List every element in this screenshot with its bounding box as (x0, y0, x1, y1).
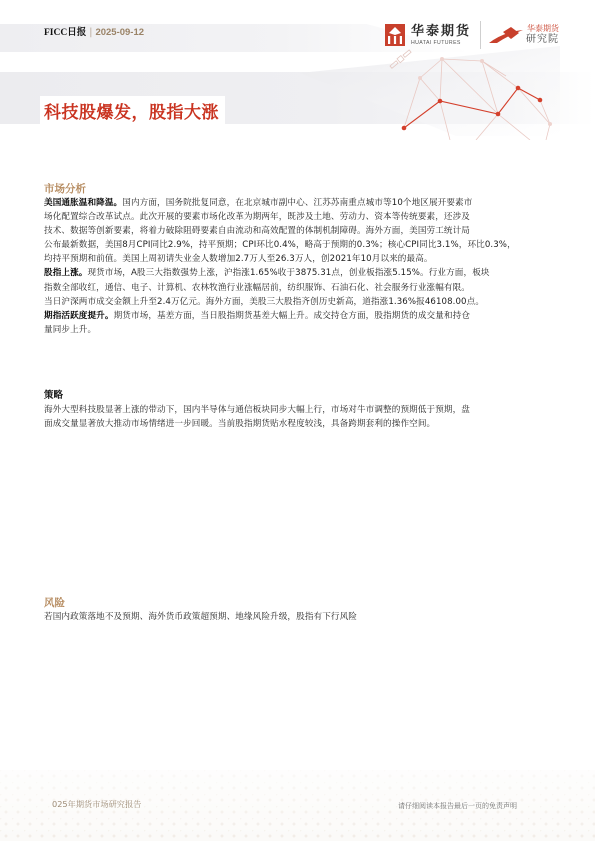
text-line: 当日沪深两市成交金额上升至2.4万亿元。海外方面，美股三大股指齐创历史新高，道指… (44, 295, 560, 309)
brand-name: 华泰期货 HUATAI FUTURES (411, 24, 471, 47)
market-paragraph-1: 美国通胀温和降温。国内方面，国务院批复同意，在北京城市副中心、江苏苏南重点城市等… (44, 196, 560, 266)
institute-logo-icon (489, 26, 523, 44)
text-line: 股指上涨。现货市场，A股三大指数强势上涨，沪指涨1.65%收于3875.31点，… (44, 266, 560, 280)
market-paragraph-3: 期指活跃度提升。期货市场，基差方面，当日股指期货基差大幅上升。成交持仓方面，股指… (44, 309, 560, 337)
paragraph-lead: 期指活跃度提升。 (44, 311, 114, 321)
risk-paragraph: 若国内政策落地不及预期、海外货币政策超预期、地缘风险升级，股指有下行风险 (44, 610, 560, 624)
huatai-logo-icon (385, 24, 405, 46)
network-graphic-icon (380, 48, 570, 140)
text-line: 美国通胀温和降温。国内方面，国务院批复同意，在北京城市副中心、江苏苏南重点城市等… (44, 196, 560, 210)
headline-box: 科技股爆发，股指大涨 (40, 96, 225, 124)
text-line: 量同步上升。 (44, 323, 560, 337)
market-paragraph-2: 股指上涨。现货市场，A股三大指数强势上涨，沪指涨1.65%收于3875.31点，… (44, 266, 560, 308)
strategy-section: 策略 海外大型科技股显著上涨的带动下，国内半导体与通信板块同步大幅上行，市场对牛… (44, 389, 560, 431)
strategy-paragraph: 海外大型科技股显著上涨的带动下，国内半导体与通信板块同步大幅上行，市场对牛市调整… (44, 403, 560, 431)
section-title: 市场分析 (44, 182, 560, 196)
paragraph-lead: 股指上涨。 (44, 268, 87, 278)
brand-name-cn: 华泰期货 (411, 24, 471, 39)
text-line: 期指活跃度提升。期货市场，基差方面，当日股指期货基差大幅上升。成交持仓方面，股指… (44, 309, 560, 323)
institute-name-line1: 华泰期货 (527, 24, 559, 34)
institute-name-line2: 研究院 (526, 34, 559, 46)
brand-logo: 华泰期货 HUATAI FUTURES 华泰期货 研究院 (385, 18, 559, 52)
text-line: 海外大型科技股显著上涨的带动下，国内半导体与通信板块同步大幅上行，市场对牛市调整… (44, 403, 560, 417)
text-line-content: 现货市场，A股三大指数强势上涨，沪指涨1.65%收于3875.31点，创业板指涨… (87, 268, 489, 278)
market-analysis-section: 市场分析 美国通胀温和降温。国内方面，国务院批复同意，在北京城市副中心、江苏苏南… (44, 182, 560, 337)
text-line: 若国内政策落地不及预期、海外货币政策超预期、地缘风险升级，股指有下行风险 (44, 610, 560, 624)
page-title: 科技股爆发，股指大涨 (44, 98, 219, 123)
section-title: 策略 (44, 389, 560, 403)
text-line: 面成交量显著放大推动市场情绪进一步回暖。当前股指期货贴水程度较浅，具备跨期套利的… (44, 417, 560, 431)
section-title: 风险 (44, 596, 560, 610)
text-line: 技术、数据等创新要素，将着力破除阻碍要素自由流动和高效配置的体制机制障碍。海外方… (44, 224, 560, 238)
brand-name-en: HUATAI FUTURES (411, 39, 471, 47)
text-line: 指数全部收红，通信、电子、计算机、农林牧渔行业涨幅居前，纺织服饰、石油石化、社会… (44, 281, 560, 295)
report-tag: FICC日报|2025-09-12 (44, 27, 144, 39)
paragraph-lead: 美国通胀温和降温。 (44, 198, 122, 208)
report-date: 2025-09-12 (95, 27, 144, 38)
report-separator: | (89, 27, 92, 38)
footer-report-series: 025年期货市场研究报告 (52, 799, 141, 810)
text-line-content: 期货市场，基差方面，当日股指期货基差大幅上升。成交持仓方面，股指期货的成交量和持… (114, 311, 470, 321)
report-name: FICC日报 (44, 28, 86, 38)
text-line: 均持平预期和前值。美国上周初请失业金人数增加2.7万人至26.3万人，创2021… (44, 252, 560, 266)
footer-disclaimer-note: 请仔细阅读本报告最后一页的免责声明 (398, 801, 517, 811)
logo-divider (480, 21, 481, 49)
institute-name: 华泰期货 研究院 (526, 24, 559, 46)
text-line: 场化配置综合改革试点。此次开展的要素市场化改革为期两年，既涉及土地、劳动力、资本… (44, 210, 560, 224)
risk-section: 风险 若国内政策落地不及预期、海外货币政策超预期、地缘风险升级，股指有下行风险 (44, 596, 560, 624)
text-line: 公布最新数据，美国8月CPI同比2.9%，持平预期；CPI环比0.4%，略高于预… (44, 238, 560, 252)
text-line-content: 国内方面，国务院批复同意，在北京城市副中心、江苏苏南重点城市等10个地区展开要素… (122, 198, 472, 208)
